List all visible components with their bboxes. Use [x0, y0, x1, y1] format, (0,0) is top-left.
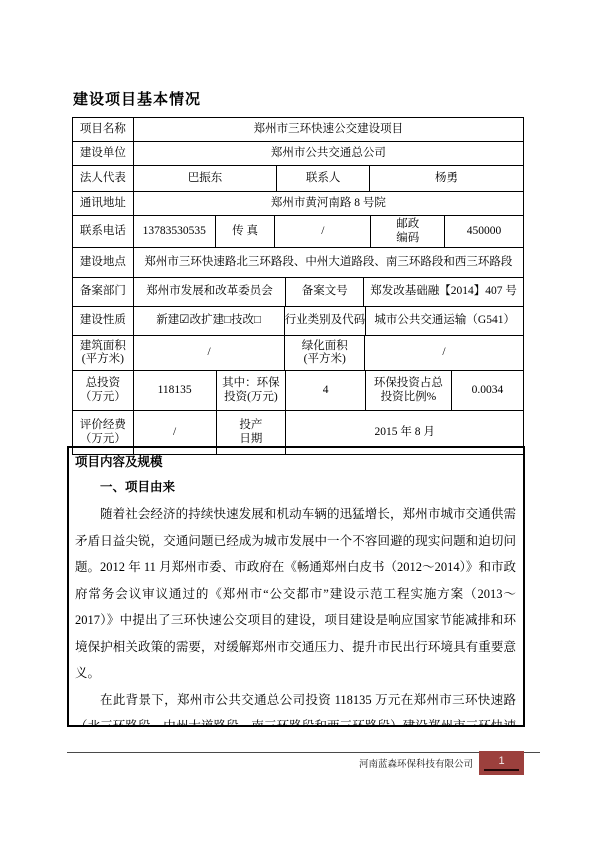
paragraph-project-origin-2: 在此背景下，郑州市公共交通总公司投资 118135 万元在郑州市三环快速路（北三…: [75, 687, 516, 728]
page-title: 建设项目基本情况: [73, 88, 201, 109]
cell-project-name-label: 项目名称: [73, 118, 134, 141]
cell-legal-rep-label: 法人代表: [73, 166, 134, 191]
table-row: 建设性质 新建☑改扩建□技改□ 行业类别及代码 城市公共交通运输（G541）: [73, 307, 523, 336]
cell-address-label: 通讯地址: [73, 192, 134, 215]
cell-building-area-value: /: [134, 336, 286, 370]
cell-env-investment-label: 其中：环保 投资(万元): [217, 371, 287, 410]
cell-fax-label: 传 真: [216, 216, 276, 247]
document-page: 建设项目基本情况 项目名称 郑州市三环快速公交建设项目 建设单位 郑州市公共交通…: [0, 0, 595, 841]
table-row: 备案部门 郑州市发展和改革委员会 备案文号 郑发改基础融【2014】407 号: [73, 278, 523, 307]
footer-company-name: 河南蓝森环保科技有限公司: [359, 756, 473, 770]
cell-env-ratio-label: 环保投资占总 投资比例%: [366, 371, 452, 410]
cell-contact-person-label: 联系人: [277, 166, 370, 191]
cell-address-value: 郑州市黄河南路 8 号院: [134, 192, 523, 215]
cell-env-investment-value: 4: [286, 371, 366, 410]
cell-construction-unit-value: 郑州市公共交通总公司: [134, 142, 523, 165]
table-row: 建设单位 郑州市公共交通总公司: [73, 142, 523, 166]
table-row: 项目名称 郑州市三环快速公交建设项目: [73, 118, 523, 142]
cell-filing-dept-value: 郑州市发展和改革委员会: [134, 278, 287, 306]
cell-total-investment-label: 总投资 （万元）: [73, 371, 134, 410]
cell-legal-rep-value: 巴振东: [134, 166, 278, 191]
cell-total-investment-value: 118135: [134, 371, 217, 410]
cell-postcode-value: 450000: [445, 216, 523, 247]
cell-project-name-value: 郑州市三环快速公交建设项目: [134, 118, 523, 141]
cell-filing-dept-label: 备案部门: [73, 278, 134, 306]
cell-location-label: 建设地点: [73, 248, 134, 277]
cell-nature-checkboxes: 新建☑改扩建□技改□: [134, 307, 285, 335]
table-row: 法人代表 巴振东 联系人 杨勇: [73, 166, 523, 192]
cell-building-area-label: 建筑面积 (平方米): [73, 336, 134, 370]
cell-location-value: 郑州市三环快速路北三环路段、中州大道路段、南三环路段和西三环路段: [134, 248, 523, 277]
paragraph-project-origin-1: 随着社会经济的持续快速发展和机动车辆的迅猛增长，郑州市城市交通供需矛盾日益尖锐，…: [75, 501, 516, 687]
table-row: 建筑面积 (平方米) / 绿化面积 (平方米) /: [73, 336, 523, 371]
content-section: 项目内容及规模 一、项目由来 随着社会经济的持续快速发展和机动车辆的迅猛增长，郑…: [67, 446, 525, 727]
table-row: 建设地点 郑州市三环快速路北三环路段、中州大道路段、南三环路段和西三环路段: [73, 248, 523, 278]
page-number: 1: [498, 755, 504, 767]
info-table: 项目名称 郑州市三环快速公交建设项目 建设单位 郑州市公共交通总公司 法人代表 …: [72, 117, 524, 455]
cell-green-area-label: 绿化面积 (平方米): [285, 336, 365, 370]
cell-phone-label: 联系电话: [73, 216, 134, 247]
cell-fax-value: /: [275, 216, 371, 247]
page-number-badge: 1: [479, 751, 524, 775]
cell-phone-value: 13783530535: [134, 216, 216, 247]
cell-green-area-value: /: [365, 336, 523, 370]
page-number-underline: [484, 769, 519, 771]
cell-industry-code-label: 行业类别及代码: [285, 307, 367, 335]
cell-nature-label: 建设性质: [73, 307, 134, 335]
cell-construction-unit-label: 建设单位: [73, 142, 134, 165]
section-heading: 项目内容及规模: [75, 450, 516, 474]
table-row: 通讯地址 郑州市黄河南路 8 号院: [73, 192, 523, 216]
cell-filing-number-label: 备案文号: [286, 278, 364, 306]
cell-filing-number-value: 郑发改基础融【2014】407 号: [364, 278, 523, 306]
table-row: 联系电话 13783530535 传 真 / 邮政 编码 450000: [73, 216, 523, 248]
cell-contact-person-value: 杨勇: [370, 166, 523, 191]
table-row: 总投资 （万元） 118135 其中：环保 投资(万元) 4 环保投资占总 投资…: [73, 371, 523, 411]
cell-env-ratio-value: 0.0034: [452, 371, 523, 410]
cell-industry-code-value: 城市公共交通运输（G541）: [366, 307, 523, 335]
footer-divider: [67, 752, 540, 753]
section-subheading: 一、项目由来: [75, 474, 516, 501]
cell-postcode-label: 邮政 编码: [371, 216, 445, 247]
